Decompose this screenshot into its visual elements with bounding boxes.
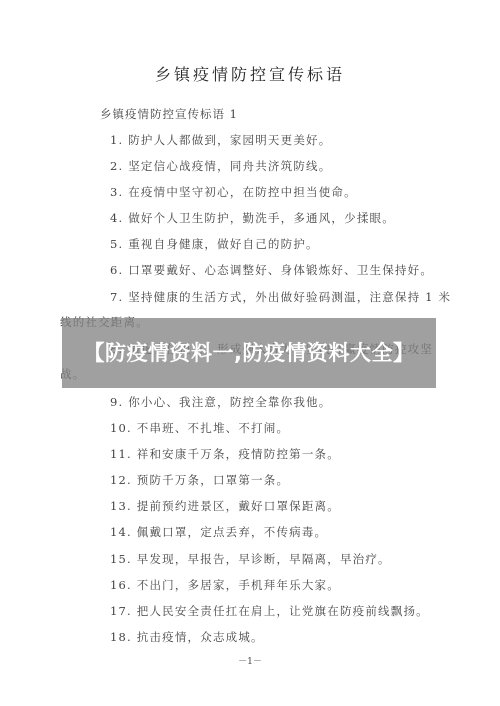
slogan-item: 18. 抗击疫情，众志成城。: [110, 629, 264, 645]
slogan-item: 9. 你小心、我注意，防控全靠你我他。: [110, 394, 331, 410]
slogan-item: 7. 坚持健康的生活方式，外出做好验码测温，注意保持 1 米: [110, 289, 451, 305]
slogan-item: 5. 重视自身健康，做好自己的防护。: [110, 236, 319, 252]
banner-title: 【防疫情资料一,防疫情资料大全】: [80, 341, 419, 366]
slogan-item: 14. 佩戴口罩，定点丢弃，不传病毒。: [110, 524, 327, 540]
slogan-item: 12. 预防千万条，口罩第一条。: [110, 472, 289, 488]
slogan-item: 3. 在疫情中坚守初心，在防控中担当使命。: [110, 184, 357, 200]
slogan-item: 15. 早发现，早报告，早诊断，早隔离，早治疗。: [110, 551, 391, 567]
document-title: 乡镇疫情防控宣传标语: [0, 62, 500, 85]
slogan-item: 17. 把人民安全责任扛在肩上，让党旗在防疫前线飘扬。: [110, 603, 429, 619]
slogan-item: 6. 口罩要戴好、心态调整好、身体锻炼好、卫生保持好。: [110, 262, 433, 278]
slogan-item: 16. 不出门，多居家，手机拜年乐大家。: [110, 577, 340, 593]
slogan-item: 11. 祥和安康千万条，疫情防控第一条。: [110, 446, 340, 462]
document-subtitle: 乡镇疫情防控宣传标语 1: [100, 106, 238, 122]
slogan-item: 10. 不串班、不扎堆、不打闹。: [110, 420, 289, 436]
slogan-item: 13. 提前预约进景区，戴好口罩保距离。: [110, 498, 340, 514]
slogan-item: 1. 防护人人都做到，家园明天更美好。: [110, 132, 331, 148]
slogan-item: 4. 做好个人卫生防护，勤洗手，多通风，少揉眼。: [110, 210, 395, 226]
title-overlay-banner: 【防疫情资料一,防疫情资料大全】: [62, 318, 436, 388]
page-number: －1－: [0, 654, 500, 667]
slogan-item: 2. 坚定信心战疫情，同舟共济筑防线。: [110, 158, 331, 174]
